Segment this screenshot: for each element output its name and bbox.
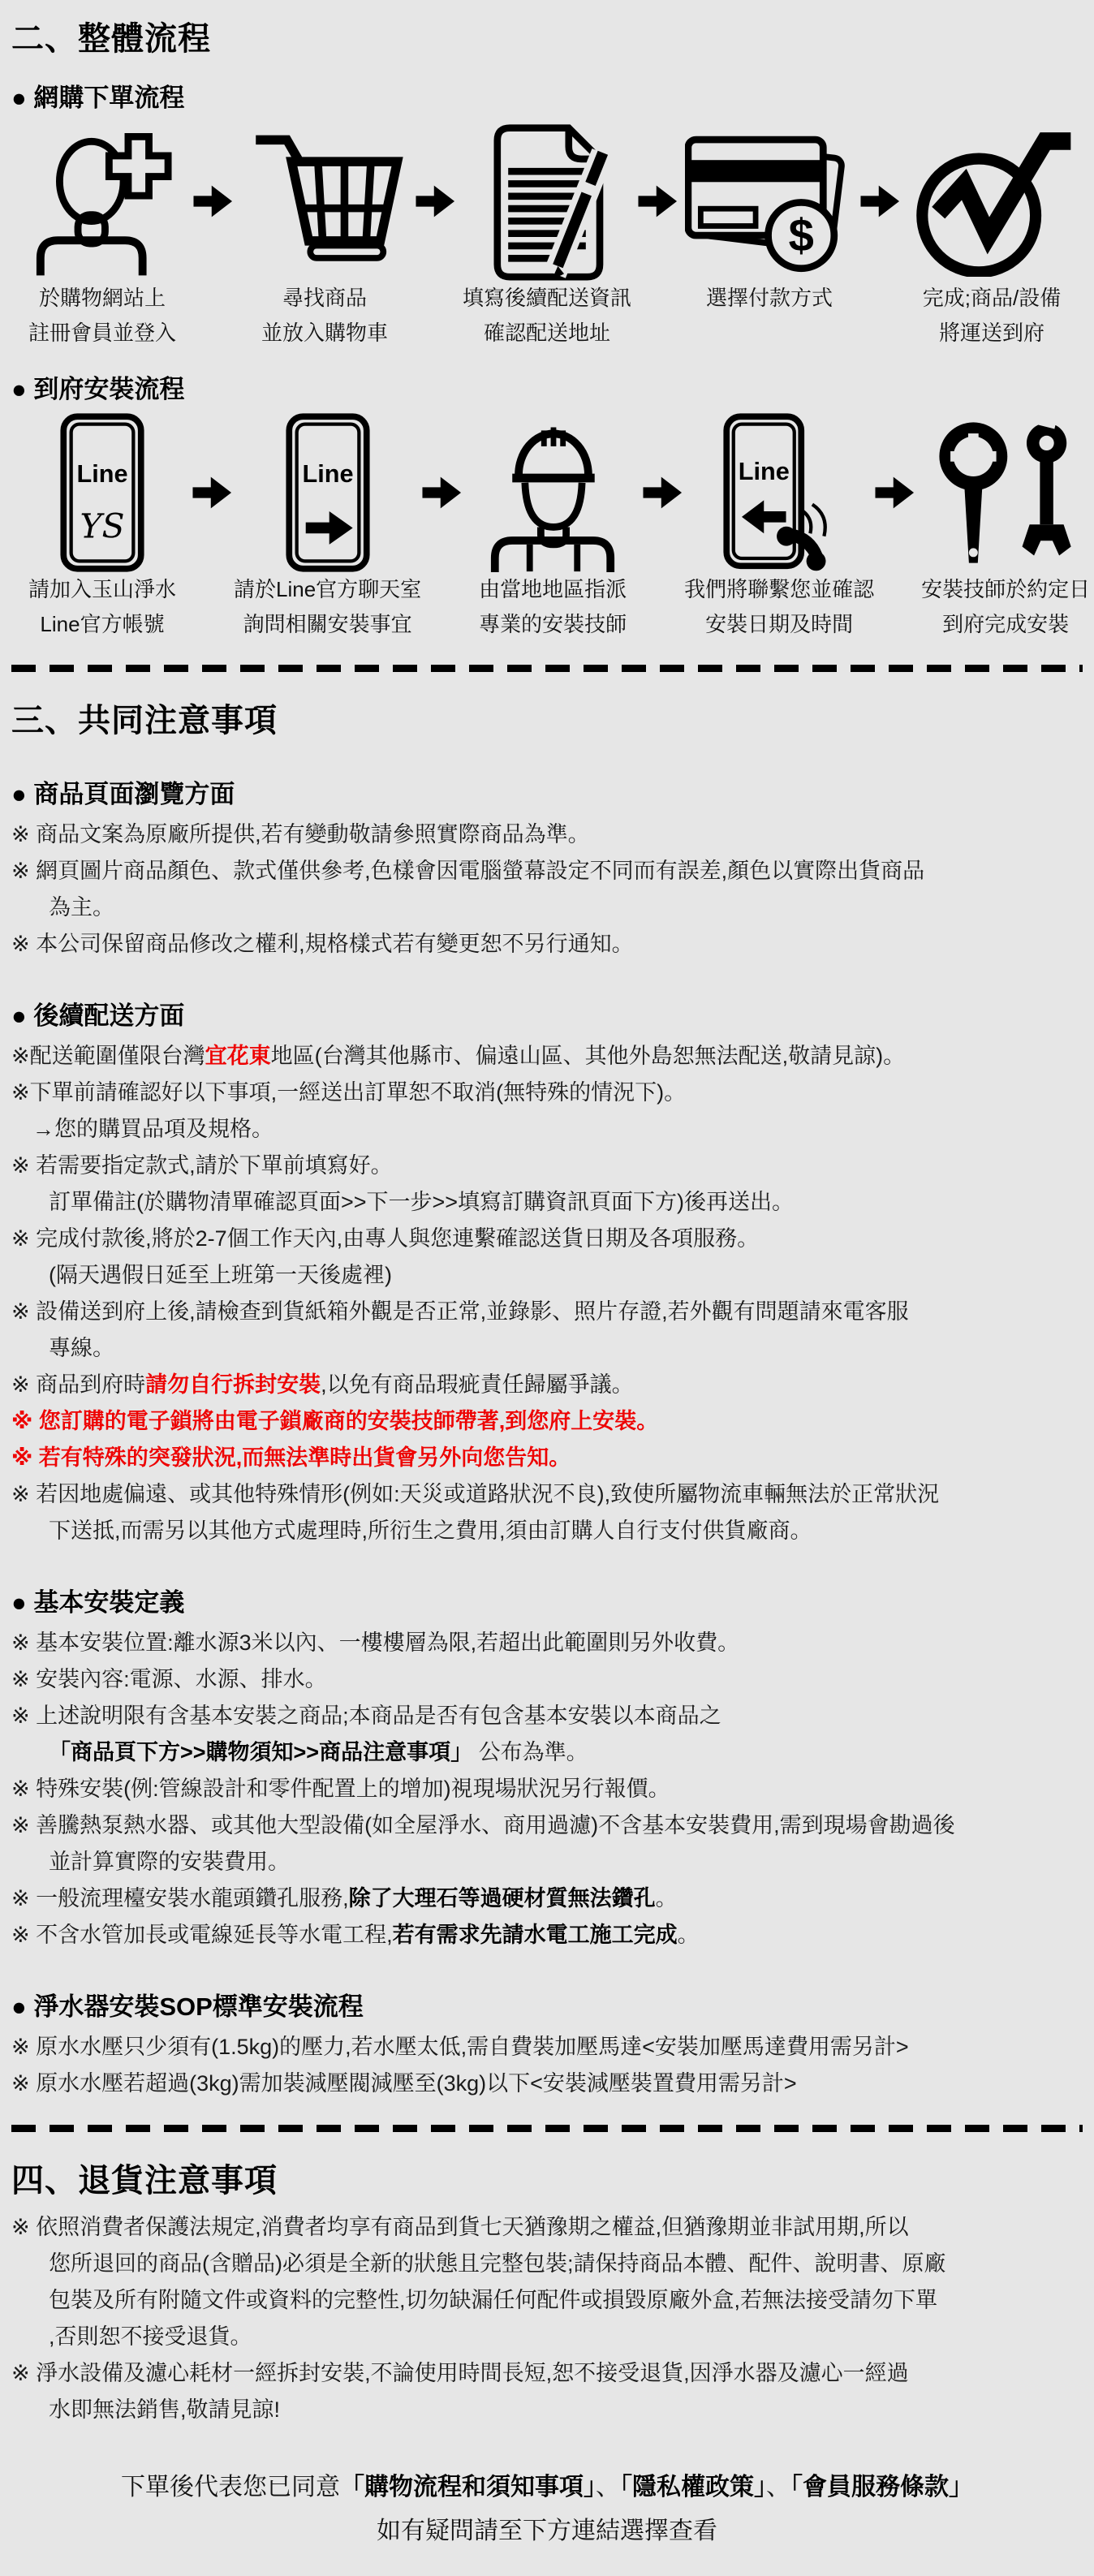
flow-step: Line 我們將聯繫您並確認 安裝日期及時間	[684, 413, 874, 642]
arrow-right-icon	[642, 472, 684, 514]
arrow-left-glyph	[742, 500, 786, 533]
order-flow-row: 於購物網站上 註冊會員並登入 尋找商品 並放入購物車	[10, 120, 1084, 351]
icon-box: $	[685, 122, 854, 281]
icon-box	[243, 122, 406, 281]
note-line: ※配送範圍僅限台灣宜花東地區(台灣其他縣市、偏遠山區、其他外島恕無法配送,敬請見…	[11, 1038, 1084, 1075]
note-text: 下送抵,而需另以其他方式處理時,所衍生之費用,須由訂購人自行支付供貨廠商。	[49, 1518, 812, 1543]
section-title-common-notes: 三、共同注意事項	[11, 695, 1084, 741]
note-line: 您所退回的商品(含贈品)必須是全新的狀態且完整包裝;請保持商品本體、配件、說明書…	[11, 2246, 1084, 2282]
note-line: ※ 安裝內容:電源、水源、排水。	[11, 1661, 1084, 1698]
separator: 、	[596, 2474, 620, 2501]
note-text-red: ※ 您訂購的電子鎖將由電子鎖廠商的安裝技師帶著,到您府上安裝。	[11, 1409, 658, 1433]
subheading-delivery: ● 後續配送方面	[11, 995, 1084, 1032]
step-caption: 註冊會員並登入	[28, 316, 176, 351]
note-text: ※ 本公司保留商品修改之權利,規格樣式若有變更恕不另行通知。	[11, 932, 634, 956]
step-caption: 尋找商品	[282, 281, 367, 316]
note-line: 訂單備註(於購物清單確認頁面>>下一步>>填寫訂購資訊頁面下方)後再送出。	[11, 1184, 1084, 1221]
agreement-footer: 下單後代表您已同意「購物流程和須知事項」、「隱私權政策」、「會員服務條款」 如有…	[10, 2466, 1084, 2553]
step-caption: 請加入玉山淨水	[28, 572, 176, 607]
flow-arrow	[192, 413, 234, 572]
flow-step: Line 請於Line官方聊天室 詢問相關安裝事宜	[234, 413, 421, 642]
note-line: ※ 依照消費者保護法規定,消費者均享有商品到貨七天猶豫期之權益,但猶豫期並非試用…	[11, 2209, 1084, 2246]
note-text: ※ 若需要指定款式,請於下單前填寫好。	[11, 1153, 393, 1178]
note-line: ※下單前請確認好以下事項,一經送出訂單恕不取消(無特殊的情況下)。	[11, 1075, 1084, 1111]
note-text: ※ 完成付款後,將於2-7個工作天內,由專人與您連繫確認送貨日期及各項服務。	[11, 1226, 759, 1251]
step-caption: 我們將聯繫您並確認	[684, 572, 874, 607]
arrow-right-icon	[859, 180, 902, 222]
note-line: ※ 淨水設備及濾心耗材一經拆封安裝,不論使用時間長短,恕不接受退貨,因淨水器及濾…	[11, 2355, 1084, 2392]
note-text: 訂單備註(於購物清單確認頁面>>下一步>>填寫訂購資訊頁面下方)後再送出。	[49, 1190, 794, 1214]
note-text: ※ 特殊安裝(例:管線設計和零件配置上的增加)視現場狀況另行報價。	[11, 1777, 670, 1801]
order-form-icon	[475, 122, 619, 281]
flow-arrow	[192, 122, 235, 281]
note-text: ※ 依照消費者保護法規定,消費者均享有商品到貨七天猶豫期之權益,但猶豫期並非試用…	[11, 2215, 909, 2239]
agreement-pre: 下單後代表您已同意	[121, 2474, 340, 2501]
flow-arrow	[415, 122, 457, 281]
step-caption: 選擇付款方式	[706, 281, 833, 316]
note-text: ※ 商品文案為原廠所提供,若有變動敬請參照實際商品為準。	[11, 822, 590, 846]
arrow-right-glyph	[305, 511, 352, 545]
note-line: ※ 若因地處偏遠、或其他特殊情形(例如:天災或道路狀況不良),致使所屬物流車輛無…	[11, 1476, 1084, 1513]
complete-check-icon	[907, 126, 1076, 277]
note-line: 為主。	[11, 890, 1084, 926]
flow-step: 尋找商品 並放入購物車	[235, 122, 414, 351]
note-text: 您所退回的商品(含贈品)必須是全新的狀態且完整包裝;請保持商品本體、配件、說明書…	[49, 2251, 945, 2276]
flow-arrow	[859, 122, 902, 281]
step-caption: 填寫後續配送資訊	[463, 281, 631, 316]
line-label: Line	[739, 458, 790, 485]
separator: 、	[766, 2474, 790, 2501]
note-line: ※ 網頁圖片商品顏色、款式僅供參考,色樣會因電腦螢幕設定不同而有誤差,顏色以實際…	[11, 853, 1084, 890]
icon-box: Line	[717, 413, 841, 572]
icon-box	[907, 122, 1076, 281]
note-line: ※ 設備送到府上後,請檢查到貨紙箱外觀是否正常,並錄影、照片存證,若外觀有問題請…	[11, 1294, 1084, 1330]
note-line: ※ 商品到府時請勿自行拆封安裝,以免有商品瑕疵責任歸屬爭議。	[11, 1367, 1084, 1403]
terms-shopping-flow: 「購物流程和須知事項」	[340, 2474, 596, 2501]
agreement-line: 下單後代表您已同意「購物流程和須知事項」、「隱私權政策」、「會員服務條款」	[10, 2466, 1084, 2509]
icon-box: Line	[280, 413, 376, 572]
subheading-install-flow: ● 到府安裝流程	[11, 368, 1084, 405]
note-line: ※ 您訂購的電子鎖將由電子鎖廠商的安裝技師帶著,到您府上安裝。	[11, 1403, 1084, 1440]
arrow-right-icon	[874, 472, 916, 514]
note-text: ※下單前請確認好以下事項,一經送出訂單恕不取消(無特殊的情況下)。	[11, 1080, 686, 1105]
subheading-order-flow: ● 網購下單流程	[11, 77, 1084, 114]
note-text-red: 請勿自行拆封安裝	[145, 1372, 321, 1397]
note-line: ※ 若有特殊的突發狀況,而無法準時出貨會另外向您告知。	[11, 1440, 1084, 1476]
icon-box	[477, 413, 628, 572]
note-text: ※ 安裝內容:電源、水源、排水。	[11, 1667, 327, 1691]
arrow-right-icon	[415, 180, 457, 222]
note-line: ※ 本公司保留商品修改之權利,規格樣式若有變更恕不另行通知。	[11, 926, 1084, 963]
arrow-right-icon	[192, 472, 234, 514]
payment-icon: $	[685, 128, 854, 274]
step-caption: 專業的安裝技師	[479, 607, 627, 642]
icon-box	[926, 413, 1085, 572]
register-member-icon	[32, 125, 172, 278]
note-text: 。	[656, 1886, 678, 1910]
note-line: ,否則恕不接受退貨。	[11, 2319, 1084, 2355]
flow-step: 完成;商品/設備 將運送到府	[902, 122, 1081, 351]
note-text-bold: 若有需求先請水電工施工完成	[393, 1923, 678, 1947]
terms-privacy-policy: 「隱私權政策」	[620, 2474, 766, 2501]
dashed-divider	[11, 665, 1083, 672]
line-chat-icon: Line	[280, 413, 376, 572]
note-text: 公布為準。	[472, 1740, 588, 1764]
note-line: ※ 特殊安裝(例:管線設計和零件配置上的增加)視現場狀況另行報價。	[11, 1771, 1084, 1807]
note-line: ※ 一般流理檯安裝水龍頭鑽孔服務,除了大理石等過硬材質無法鑽孔。	[11, 1880, 1084, 1917]
note-line: 「商品頁下方>>購物須知>>商品注意事項」 公布為準。	[11, 1734, 1084, 1771]
note-text: ※配送範圍僅限台灣	[11, 1044, 205, 1068]
note-text-bold: 除了大理石等過硬材質無法鑽孔	[349, 1886, 656, 1910]
note-line: 包裝及所有附隨文件或資料的完整性,切勿缺漏任何配件或損毀原廠外盒,若無法接受請勿…	[11, 2282, 1084, 2319]
step-caption: 安裝技師於約定日	[921, 572, 1090, 607]
note-text: 水即無法銷售,敬請見諒!	[49, 2397, 280, 2422]
note-text: →您的購買品項及規格。	[32, 1117, 273, 1141]
agreement-hint: 如有疑問請至下方連結選擇查看	[10, 2509, 1084, 2553]
ys-logo: YS	[80, 506, 124, 545]
note-text: ※ 原水水壓若超過(3kg)需加裝減壓閥減壓至(3kg)以下<安裝減壓裝置費用需…	[11, 2071, 797, 2096]
note-line: ※ 善騰熱泵熱水器、或其他大型設備(如全屋淨水、商用過濾)不含基本安裝費用,需到…	[11, 1807, 1084, 1844]
flow-arrow	[637, 122, 679, 281]
note-text-red: ※ 若有特殊的突發狀況,而無法準時出貨會另外向您告知。	[11, 1445, 571, 1470]
shopping-notice-page: 二、整體流程 ● 網購下單流程 於購物網站上 註冊會員並登入	[0, 0, 1094, 2576]
note-text: ※ 不含水管加長或電線延長等水電工程,	[11, 1923, 393, 1947]
step-caption: 詢問相關安裝事宜	[243, 607, 412, 642]
line-app-ys-icon: Line YS	[54, 413, 150, 572]
note-text: ,否則恕不接受退貨。	[49, 2324, 252, 2349]
step-caption: 完成;商品/設備	[923, 281, 1061, 316]
note-text: ※ 上述說明限有含基本安裝之商品;本商品是否有包含基本安裝以本商品之	[11, 1704, 721, 1728]
note-text: ※ 基本安裝位置:離水源3米以內、一樓樓層為限,若超出此範圍則另外收費。	[11, 1630, 739, 1655]
shopping-cart-icon	[243, 127, 406, 275]
note-text: ※ 商品到府時	[11, 1372, 145, 1397]
line-call-icon: Line	[717, 413, 841, 572]
note-line: ※ 上述說明限有含基本安裝之商品;本商品是否有包含基本安裝以本商品之	[11, 1698, 1084, 1734]
note-text: 包裝及所有附隨文件或資料的完整性,切勿缺漏任何配件或損毀原廠外盒,若無法接受請勿…	[49, 2288, 937, 2312]
note-text: ※ 淨水設備及濾心耗材一經拆封安裝,不論使用時間長短,恕不接受退貨,因淨水器及濾…	[11, 2361, 909, 2385]
line-label: Line	[302, 460, 353, 488]
note-text: ※ 善騰熱泵熱水器、或其他大型設備(如全屋淨水、商用過濾)不含基本安裝費用,需到…	[11, 1813, 955, 1837]
note-text: ※ 網頁圖片商品顏色、款式僅供參考,色樣會因電腦螢幕設定不同而有誤差,顏色以實際…	[11, 859, 924, 883]
step-caption: Line官方帳號	[40, 607, 164, 642]
step-caption: 請於Line官方聊天室	[234, 572, 421, 607]
note-text: ※ 若因地處偏遠、或其他特殊情形(例如:天災或道路狀況不良),致使所屬物流車輛無…	[11, 1482, 939, 1506]
step-caption: 於購物網站上	[39, 281, 166, 316]
step-caption: 確認配送地址	[484, 316, 610, 351]
dashed-divider	[11, 2125, 1083, 2132]
dollar-glyph: $	[789, 209, 814, 261]
flow-step: Line YS 請加入玉山淨水 Line官方帳號	[13, 413, 192, 642]
flow-step: 安裝技師於約定日 到府完成安裝	[916, 413, 1094, 642]
note-text: ※ 原水水壓只少須有(1.5kg)的壓力,若水壓太低,需自費裝加壓馬達<安裝加壓…	[11, 2035, 909, 2059]
note-line: 並計算實際的安裝費用。	[11, 1844, 1084, 1880]
terms-member-service: 「會員服務條款」	[790, 2474, 973, 2501]
subheading-basic-install: ● 基本安裝定義	[11, 1582, 1084, 1618]
note-line: 專線。	[11, 1330, 1084, 1367]
note-line: →您的購買品項及規格。	[11, 1111, 1084, 1148]
note-line: ※ 完成付款後,將於2-7個工作天內,由專人與您連繫確認送貨日期及各項服務。	[11, 1221, 1084, 1257]
note-line: (隔天遇假日延至上班第一天後處裡)	[11, 1257, 1084, 1294]
note-line: ※ 商品文案為原廠所提供,若有變動敬請參照實際商品為準。	[11, 816, 1084, 853]
note-text: ※ 設備送到府上後,請檢查到貨紙箱外觀是否正常,並錄影、照片存證,若外觀有問題請…	[11, 1299, 909, 1324]
flow-step: 於購物網站上 註冊會員並登入	[13, 122, 192, 351]
install-flow-row: Line YS 請加入玉山淨水 Line官方帳號 Line 請於Line官方	[10, 411, 1084, 642]
icon-box: Line YS	[54, 413, 150, 572]
note-line: ※ 不含水管加長或電線延長等水電工程,若有需求先請水電工施工完成。	[11, 1917, 1084, 1954]
note-line: ※ 若需要指定款式,請於下單前填寫好。	[11, 1148, 1084, 1184]
note-text-bold: 「商品頁下方>>購物須知>>商品注意事項」	[49, 1740, 472, 1764]
section-title-returns: 四、退貨注意事項	[11, 2155, 1084, 2201]
icon-box	[32, 122, 172, 281]
note-line: 水即無法銷售,敬請見諒!	[11, 2392, 1084, 2428]
flow-step: 填寫後續配送資訊 確認配送地址	[458, 122, 636, 351]
note-text: (隔天遇假日延至上班第一天後處裡)	[49, 1263, 392, 1287]
technician-icon	[477, 411, 628, 574]
subheading-sop: ● 淨水器安裝SOP標準安裝流程	[11, 1986, 1084, 2022]
note-text: 並計算實際的安裝費用。	[49, 1850, 290, 1874]
flow-step: 由當地地區指派 專業的安裝技師	[463, 413, 642, 642]
install-tools-icon	[926, 413, 1085, 572]
section-title-overall-process: 二、整體流程	[11, 13, 1084, 59]
arrow-right-icon	[421, 472, 463, 514]
note-line: 下送抵,而需另以其他方式處理時,所衍生之費用,須由訂購人自行支付供貨廠商。	[11, 1513, 1084, 1549]
step-caption: 由當地地區指派	[479, 572, 627, 607]
flow-step: $ 選擇付款方式	[680, 122, 859, 316]
note-text: ,以免有商品瑕疵責任歸屬爭議。	[321, 1372, 634, 1397]
flow-arrow	[874, 413, 916, 572]
line-label: Line	[76, 460, 127, 488]
note-text: 。	[678, 1923, 700, 1947]
note-text: ※ 一般流理檯安裝水龍頭鑽孔服務,	[11, 1886, 349, 1910]
step-caption: 將運送到府	[939, 316, 1044, 351]
icon-box	[475, 122, 619, 281]
arrow-right-icon	[192, 180, 235, 222]
note-line: ※ 基本安裝位置:離水源3米以內、一樓樓層為限,若超出此範圍則另外收費。	[11, 1625, 1084, 1661]
flow-arrow	[642, 413, 684, 572]
note-text: 專線。	[49, 1336, 114, 1360]
note-text: 地區(台灣其他縣市、偏遠山區、其他外島恕無法配送,敬請見諒)。	[271, 1044, 905, 1068]
note-text: 為主。	[49, 895, 114, 920]
step-caption: 並放入購物車	[261, 316, 388, 351]
note-line: ※ 原水水壓若超過(3kg)需加裝減壓閥減壓至(3kg)以下<安裝減壓裝置費用需…	[11, 2066, 1084, 2102]
flow-arrow	[421, 413, 463, 572]
arrow-right-icon	[637, 180, 679, 222]
note-line: ※ 原水水壓只少須有(1.5kg)的壓力,若水壓太低,需自費裝加壓馬達<安裝加壓…	[11, 2029, 1084, 2066]
subheading-browse: ● 商品頁面瀏覽方面	[11, 773, 1084, 810]
step-caption: 到府完成安裝	[942, 607, 1069, 642]
note-text-red: 宜花東	[205, 1044, 271, 1068]
step-caption: 安裝日期及時間	[705, 607, 853, 642]
